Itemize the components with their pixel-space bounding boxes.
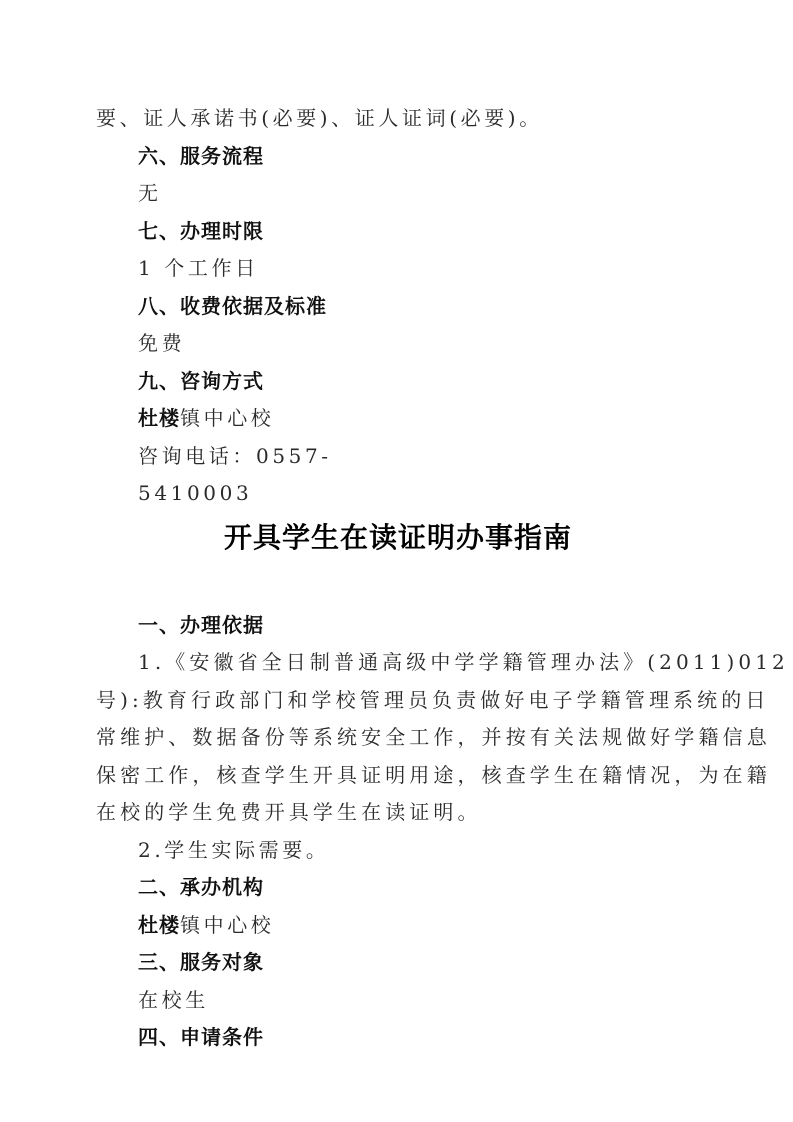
continuation-text: 要、证人承诺书(必要)、证人证词(必要)。 (96, 100, 700, 138)
basis-line: 常维护、数据备份等系统安全工作，并按有关法规做好学籍信息 (96, 719, 700, 757)
guide-title: 开具学生在读证明办事指南 (96, 513, 700, 579)
basis-line: 保密工作，核查学生开具证明用途，核查学生在籍情况，为在籍 (96, 757, 700, 795)
heading-agency: 二、承办机构 (96, 869, 700, 907)
title-spacer (96, 579, 700, 607)
heading-fee-basis: 八、收费依据及标准 (96, 288, 700, 326)
agency-org: 杜楼镇中心校 (96, 907, 700, 945)
fee-content: 免费 (96, 325, 700, 363)
agency-org-bold: 杜楼 (138, 913, 180, 937)
service-process-content: 无 (96, 175, 700, 213)
basis-paragraph-2: 2.学生实际需要。 (96, 832, 700, 870)
agency-org-rest: 镇中心校 (180, 913, 274, 937)
basis-line: 1.《安徽省全日制普通高级中学学籍管理办法》(2011)012 (96, 644, 700, 682)
document-page: 要、证人承诺书(必要)、证人证词(必要)。 六、服务流程 无 七、办理时限 1 … (96, 100, 700, 1057)
consult-org: 杜楼镇中心校 (96, 400, 700, 438)
consult-org-rest: 镇中心校 (180, 406, 274, 430)
heading-basis: 一、办理依据 (96, 607, 700, 645)
time-limit-content: 1 个工作日 (96, 250, 700, 288)
consult-phone-line2: 5410003 (96, 475, 700, 513)
heading-time-limit: 七、办理时限 (96, 213, 700, 251)
heading-service-process: 六、服务流程 (96, 138, 700, 176)
consult-phone-line1: 咨询电话：0557- (96, 438, 700, 476)
target-content: 在校生 (96, 982, 700, 1020)
consult-org-bold: 杜楼 (138, 406, 180, 430)
heading-target: 三、服务对象 (96, 944, 700, 982)
basis-line: 号):教育行政部门和学校管理员负责做好电子学籍管理系统的日 (96, 682, 700, 720)
basis-paragraph-1: 1.《安徽省全日制普通高级中学学籍管理办法》(2011)012 号):教育行政部… (96, 644, 700, 832)
basis-line: 在校的学生免费开具学生在读证明。 (96, 794, 700, 832)
heading-consult: 九、咨询方式 (96, 363, 700, 401)
heading-conditions: 四、申请条件 (96, 1019, 700, 1057)
